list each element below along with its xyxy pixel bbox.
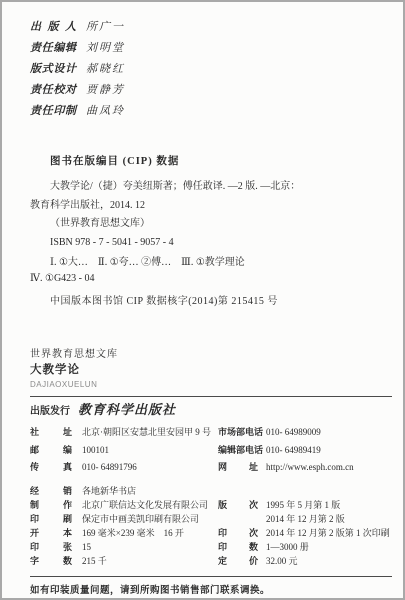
- credit-label: 出 版 人: [30, 17, 76, 38]
- row-label: 网 址: [218, 459, 266, 477]
- quality-note: 如有印装质量问题，请到所购图书销售部门联系调换。: [30, 584, 388, 598]
- cip-class-line1: Ⅰ. ①大… Ⅱ. ①夸… ②傅… Ⅲ. ①教学理论: [30, 255, 388, 271]
- credit-value: 刘明堂: [86, 42, 125, 54]
- credit-label: 责任校对: [30, 80, 76, 101]
- credit-row-editor: 责任编辑刘明堂: [30, 38, 388, 59]
- row-label: 印 次: [218, 526, 266, 540]
- table-row: 印 张15印 数1—3000 册: [30, 540, 388, 554]
- cip-record-number: 中国版本图书馆 CIP 数据核字(2014)第 215415 号: [30, 294, 388, 310]
- divider-top: [30, 396, 392, 397]
- table-row: 印 刷保定市中画美凯印刷有限公司2014 年 12 月第 2 版: [30, 512, 388, 526]
- credit-label: 版式设计: [30, 59, 76, 80]
- row-label: 定 价: [218, 554, 266, 568]
- book-title: 大教学论: [30, 362, 388, 378]
- credit-label: 责任编辑: [30, 38, 76, 59]
- row-value: 1995 年 5 月第 1 版: [266, 498, 388, 512]
- row-value: 各地新华书店: [82, 484, 218, 498]
- row-label: 印 数: [218, 540, 266, 554]
- printing-table: 经 销各地新华书店 制 作北京广联信达文化发展有限公司版 次1995 年 5 月…: [30, 484, 388, 568]
- credit-row-proofreader: 责任校对贾静芳: [30, 80, 388, 101]
- credit-value: 郝晓红: [86, 63, 125, 75]
- credit-label: 责任印制: [30, 101, 76, 122]
- row-value: [266, 484, 388, 498]
- row-value: 15: [82, 540, 218, 554]
- cip-description-line1: 大教学论/（捷）夸美纽斯著；傅任敢译. —2 版. —北京：: [30, 178, 388, 197]
- row-value: 010- 64989009: [266, 424, 388, 442]
- row-label: 市场部电话: [218, 424, 266, 442]
- contact-table: 社 址北京·朝阳区安慧北里安园甲 9 号市场部电话010- 64989009 邮…: [30, 424, 388, 477]
- table-row: 制 作北京广联信达文化发展有限公司版 次1995 年 5 月第 1 版: [30, 498, 388, 512]
- table-row: 社 址北京·朝阳区安慧北里安园甲 9 号市场部电话010- 64989009: [30, 424, 388, 442]
- book-series: 世界教育思想文库: [30, 347, 388, 362]
- row-value: 1—3000 册: [266, 540, 388, 554]
- cip-body: 大教学论/（捷）夸美纽斯著；傅任敢译. —2 版. —北京： 教育科学出版社，2…: [30, 178, 388, 252]
- cip-class-line2: Ⅳ. ①G423 - 04: [30, 271, 388, 287]
- isbn-line: ISBN 978 - 7 - 5041 - 9057 - 4: [30, 234, 388, 253]
- book-pinyin: DAJIAOXUELUN: [30, 378, 388, 391]
- row-value: 100101: [82, 442, 218, 460]
- row-label: 邮 编: [30, 442, 82, 460]
- book-copyright-page: 出 版 人所广一 责任编辑刘明堂 版式设计郝晓红 责任校对贾静芳 责任印制曲凤玲…: [0, 0, 405, 600]
- credit-row-publisher: 出 版 人所广一: [30, 17, 388, 38]
- cip-classification: Ⅰ. ①大… Ⅱ. ①夸… ②傅… Ⅲ. ①教学理论 Ⅳ. ①G423 - 04: [30, 255, 388, 287]
- row-label: 印 张: [30, 540, 82, 554]
- row-label: 经 销: [30, 484, 82, 498]
- credit-value: 曲凤玲: [86, 105, 125, 117]
- staff-credits: 出 版 人所广一 责任编辑刘明堂 版式设计郝晓红 责任校对贾静芳 责任印制曲凤玲: [30, 17, 388, 122]
- credit-value: 贾静芳: [86, 84, 125, 96]
- publisher-name: 教育科学出版社: [78, 402, 176, 417]
- cip-title: 图书在版编目 (CIP) 数据: [30, 155, 388, 169]
- row-label: 制 作: [30, 498, 82, 512]
- row-value: 2014 年 12 月第 2 版第 1 次印刷: [266, 526, 390, 540]
- row-label: [218, 512, 266, 526]
- row-value: 010- 64891796: [82, 459, 218, 477]
- row-label: 印 刷: [30, 512, 82, 526]
- row-value: 2014 年 12 月第 2 版: [266, 512, 388, 526]
- publisher-row: 出版发行教育科学出版社: [30, 401, 388, 421]
- row-label: 版 次: [218, 498, 266, 512]
- divider-bottom: [30, 576, 392, 577]
- table-row: 经 销各地新华书店: [30, 484, 388, 498]
- row-value: 保定市中画美凯印刷有限公司: [82, 512, 218, 526]
- publisher-label: 出版发行: [30, 406, 70, 417]
- book-title-block: 世界教育思想文库 大教学论 DAJIAOXUELUN: [30, 347, 388, 391]
- table-row: 传 真010- 64891796网 址http://www.esph.com.c…: [30, 459, 388, 477]
- website-url: http://www.esph.com.cn: [266, 459, 388, 477]
- cip-description-line2: 教育科学出版社，2014. 12: [30, 197, 388, 216]
- cip-series-note: （世界教育思想文库）: [30, 215, 388, 234]
- table-row: 字 数215 千定 价32.00 元: [30, 554, 388, 568]
- row-label: 传 真: [30, 459, 82, 477]
- row-value: 215 千: [82, 554, 218, 568]
- row-label: 开 本: [30, 526, 82, 540]
- row-value: 010- 64989419: [266, 442, 388, 460]
- table-row: 开 本169 毫米×239 毫米 16 开印 次2014 年 12 月第 2 版…: [30, 526, 388, 540]
- row-label: 社 址: [30, 424, 82, 442]
- cip-block: 图书在版编目 (CIP) 数据 大教学论/（捷）夸美纽斯著；傅任敢译. —2 版…: [30, 155, 388, 310]
- row-label: 编辑部电话: [218, 442, 266, 460]
- row-value: 北京·朝阳区安慧北里安园甲 9 号: [82, 424, 218, 442]
- credit-row-designer: 版式设计郝晓红: [30, 59, 388, 80]
- row-label: 字 数: [30, 554, 82, 568]
- credit-row-printing: 责任印制曲凤玲: [30, 101, 388, 122]
- row-value: 北京广联信达文化发展有限公司: [82, 498, 218, 512]
- row-label: [218, 484, 266, 498]
- credit-value: 所广一: [86, 21, 125, 33]
- row-value: 32.00 元: [266, 554, 388, 568]
- table-row: 邮 编100101编辑部电话010- 64989419: [30, 442, 388, 460]
- row-value: 169 毫米×239 毫米 16 开: [82, 526, 218, 540]
